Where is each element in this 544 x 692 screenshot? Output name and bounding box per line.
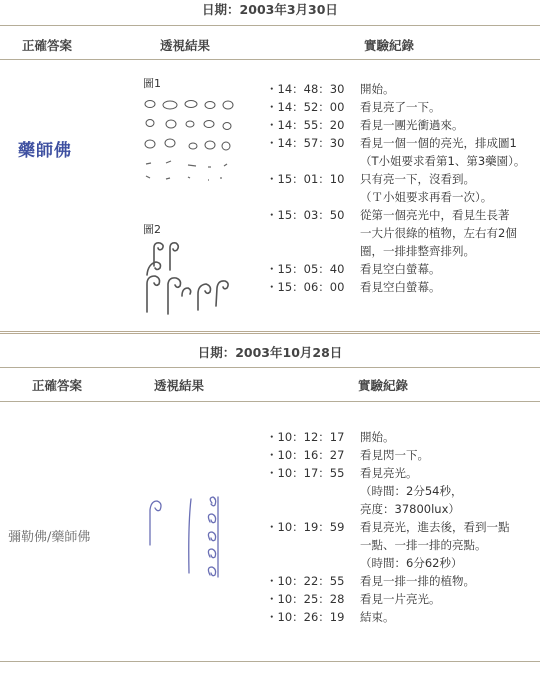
- log-entry: ・10：25：28看見一片亮光。: [266, 590, 540, 608]
- log-desc: （T小姐要求看第1、第3藥園）。: [360, 152, 540, 170]
- log-entry: ・14：57：30看見一個一個的亮光，排成圖1: [266, 134, 540, 152]
- log-time: ・10：22：55: [266, 572, 360, 590]
- log-desc: （時間：6分62秒）: [360, 554, 540, 572]
- log-entry: ・10：12：17開始。: [266, 428, 540, 446]
- header-viewing-result: 透視結果: [154, 376, 204, 394]
- log-entry-cont: （時間：6分62秒）: [266, 554, 540, 572]
- log-desc: 看見閃一下。: [360, 446, 540, 464]
- log-entry: ・15：01：10只有亮一下，沒看到。: [266, 170, 540, 188]
- divider: [0, 367, 540, 368]
- log-desc: （Ｔ小姐要求再看一次）。: [360, 188, 540, 206]
- divider: [0, 25, 540, 26]
- log-desc: 看見亮光，進去後，看到一點: [360, 518, 540, 536]
- section1-date-title: 日期：2003年3月30日: [0, 0, 540, 18]
- log-time: ・14：55：20: [266, 116, 360, 134]
- section-separator: [0, 331, 540, 334]
- figure-2-sketch-icon: [142, 240, 242, 316]
- log-desc: 一點、一排一排的亮點。: [360, 536, 540, 554]
- log-entry: ・10：19：59看見亮光，進去後，看到一點: [266, 518, 540, 536]
- log-desc: 看見一團光衝過來。: [360, 116, 540, 134]
- log-time: ・10：25：28: [266, 590, 360, 608]
- log-desc: 從第一個亮光中，看見生長著: [360, 206, 540, 224]
- log-entry: ・15：03：50從第一個亮光中，看見生長著: [266, 206, 540, 224]
- log-desc: 亮度：37800lux）: [360, 500, 540, 518]
- log-entry: ・10：16：27看見閃一下。: [266, 446, 540, 464]
- divider: [0, 59, 540, 60]
- log-desc: 結束。: [360, 608, 540, 626]
- log-entry: ・10：22：55看見一排一排的植物。: [266, 572, 540, 590]
- log-desc: 一大片很綠的植物，左右有2個: [360, 224, 540, 242]
- log-entry: ・15：05：40看見空白螢幕。: [266, 260, 540, 278]
- log-desc: 開始。: [360, 428, 540, 446]
- log-time: ・15：05：40: [266, 260, 360, 278]
- log-desc: 看見一排一排的植物。: [360, 572, 540, 590]
- result-sketch-icon: [145, 495, 220, 580]
- log-desc: 看見空白螢幕。: [360, 278, 540, 296]
- log-desc: 開始。: [360, 80, 540, 98]
- log-desc: 看見一個一個的亮光，排成圖1: [360, 134, 540, 152]
- log-time: ・10：16：27: [266, 446, 360, 464]
- log-entry-cont: 一大片很綠的植物，左右有2個: [266, 224, 540, 242]
- log-desc: （時間：2分54秒，: [360, 482, 540, 500]
- header-correct-answer: 正確答案: [22, 36, 72, 54]
- log-entry-cont: （T小姐要求看第1、第3藥園）。: [266, 152, 540, 170]
- log-time: ・10：19：59: [266, 518, 360, 536]
- log-entry-cont: （時間：2分54秒，: [266, 482, 540, 500]
- correct-answer-text: 彌勒佛/藥師佛: [8, 526, 90, 545]
- figure-1-label: 圖1: [143, 75, 161, 91]
- header-correct-answer: 正確答案: [32, 376, 82, 394]
- log-time: ・10：12：17: [266, 428, 360, 446]
- experiment-log-section2: ・10：12：17開始。 ・10：16：27看見閃一下。 ・10：17：55看見…: [266, 428, 540, 626]
- log-entry: ・14：48：30開始。: [266, 80, 540, 98]
- figure-2-label: 圖2: [143, 221, 161, 237]
- figure-1-sketch-icon: [142, 96, 242, 182]
- log-time: ・15：06：00: [266, 278, 360, 296]
- divider: [0, 401, 540, 402]
- correct-answer-text: 藥師佛: [18, 136, 72, 161]
- header-viewing-result: 透視結果: [160, 36, 210, 54]
- header-experiment-record: 實驗紀錄: [358, 376, 408, 394]
- log-entry: ・14：52：00看見亮了一下。: [266, 98, 540, 116]
- log-time: ・14：52：00: [266, 98, 360, 116]
- log-entry-cont: 一點、一排一排的亮點。: [266, 536, 540, 554]
- log-desc: 只有亮一下，沒看到。: [360, 170, 540, 188]
- log-entry: ・10：26：19結束。: [266, 608, 540, 626]
- log-entry: ・10：17：55看見亮光。: [266, 464, 540, 482]
- log-desc: 看見一片亮光。: [360, 590, 540, 608]
- log-entry: ・14：55：20看見一團光衝過來。: [266, 116, 540, 134]
- log-entry-cont: 圈，一排排整齊排列。: [266, 242, 540, 260]
- log-time: ・15：01：10: [266, 170, 360, 188]
- log-desc: 看見空白螢幕。: [360, 260, 540, 278]
- log-time: ・10：26：19: [266, 608, 360, 626]
- log-entry-cont: （Ｔ小姐要求再看一次）。: [266, 188, 540, 206]
- log-time: ・15：03：50: [266, 206, 360, 224]
- section2-date-title: 日期：2003年10月28日: [0, 343, 540, 361]
- log-entry-cont: 亮度：37800lux）: [266, 500, 540, 518]
- log-desc: 圈，一排排整齊排列。: [360, 242, 540, 260]
- log-time: ・14：57：30: [266, 134, 360, 152]
- log-time: ・10：17：55: [266, 464, 360, 482]
- log-desc: 看見亮光。: [360, 464, 540, 482]
- log-desc: 看見亮了一下。: [360, 98, 540, 116]
- log-time: ・14：48：30: [266, 80, 360, 98]
- divider: [0, 661, 540, 662]
- log-entry: ・15：06：00看見空白螢幕。: [266, 278, 540, 296]
- experiment-log-section1: ・14：48：30開始。 ・14：52：00看見亮了一下。 ・14：55：20看…: [266, 80, 540, 296]
- header-experiment-record: 實驗紀錄: [364, 36, 414, 54]
